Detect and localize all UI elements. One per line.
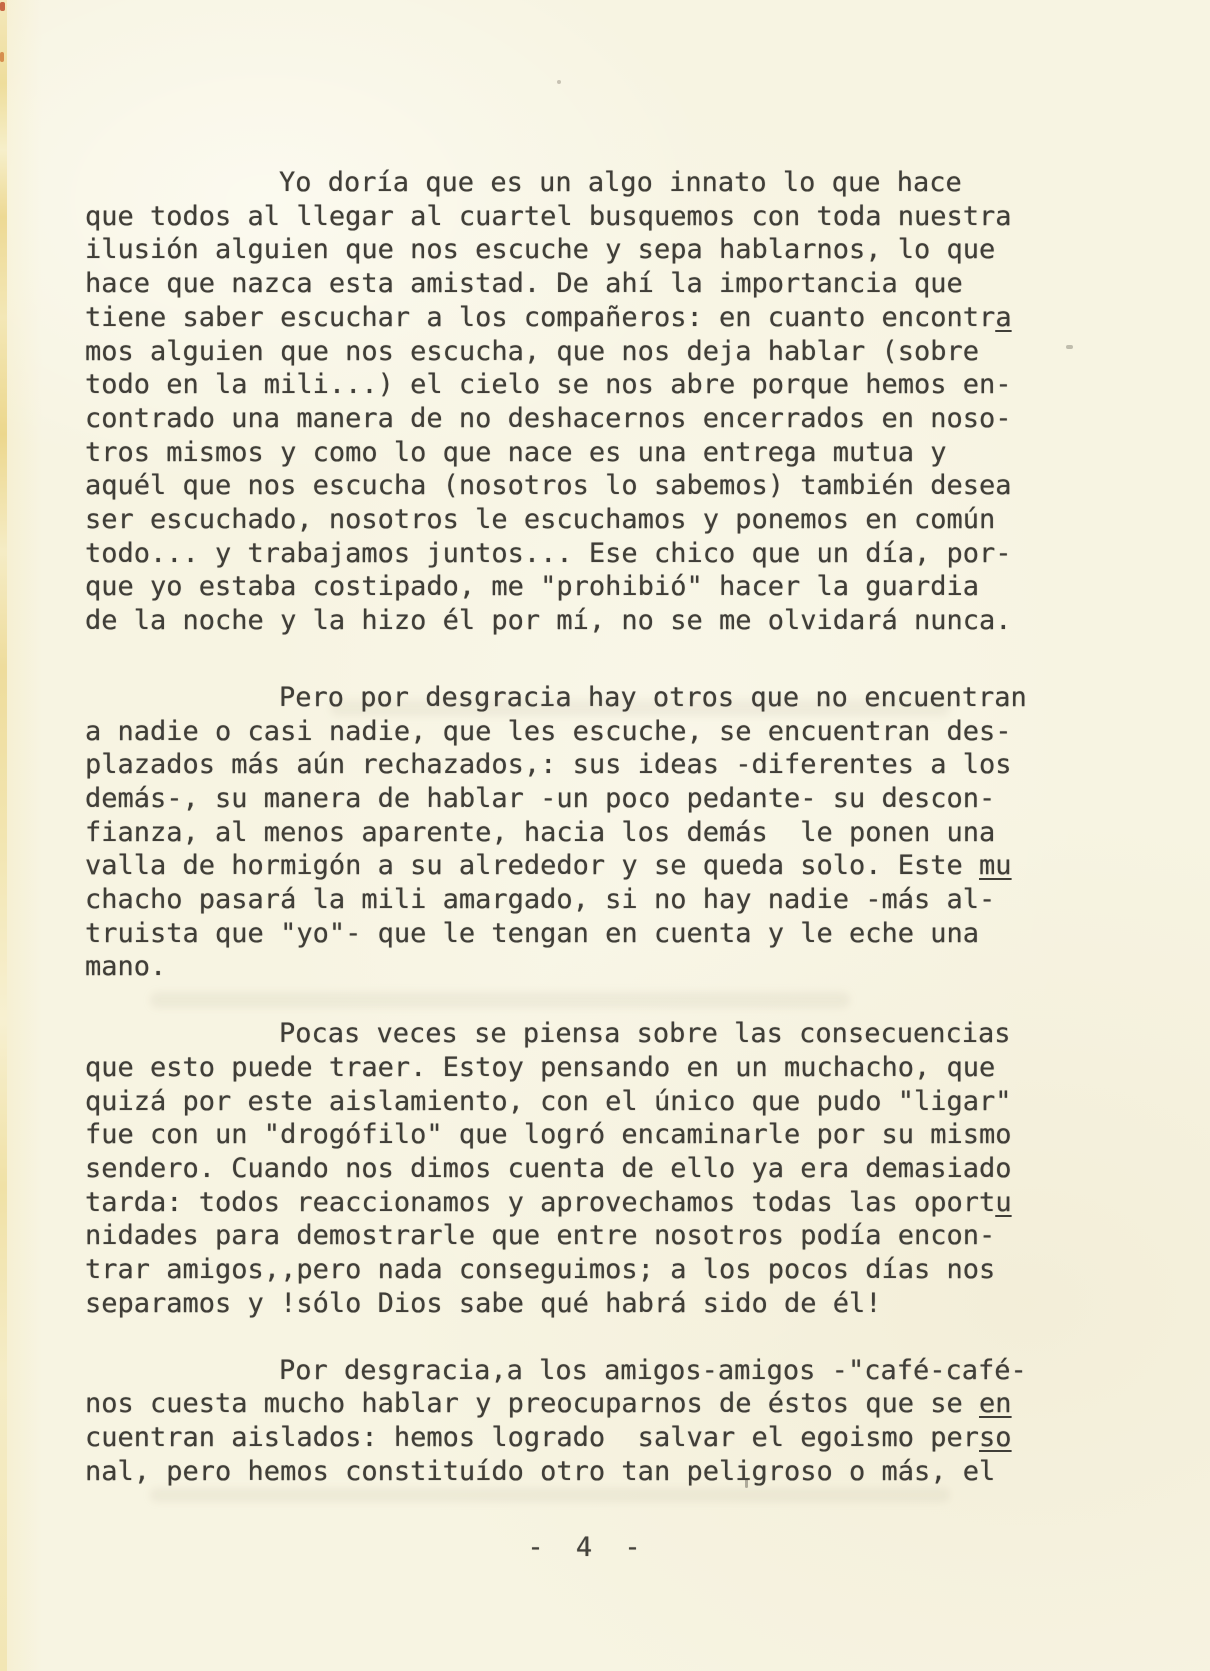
text-line: Pero por desgracia hay otros que no encu… — [85, 681, 1027, 715]
bleedthrough-smudge — [150, 1488, 950, 1502]
edge-mark — [0, 2, 5, 11]
text-line: Pocas veces se piensa sobre las consecue… — [85, 1017, 1027, 1051]
text-line: nal, pero hemos constituído otro tan pel… — [85, 1455, 1027, 1489]
text-line: demás-, su manera de hablar -un poco ped… — [85, 782, 1027, 816]
text-line: separamos y !sólo Dios sabe qué habrá si… — [85, 1287, 1027, 1321]
text-line: plazados más aún rechazados,: sus ideas … — [85, 748, 1027, 782]
document-body: Yo doría que es un algo innato lo que ha… — [85, 166, 1027, 1488]
text-line: tarda: todos reaccionamos y aprovechamos… — [85, 1186, 1027, 1220]
text-line: nos cuesta mucho hablar y preocuparnos d… — [85, 1387, 1027, 1421]
paragraph: Pocas veces se piensa sobre las consecue… — [85, 1017, 1027, 1320]
text-line: contrado una manera de no deshacernos en… — [85, 402, 1027, 436]
underlined-text: mu — [979, 850, 1012, 881]
text-line: todo... y trabajamos juntos... Ese chico… — [85, 537, 1027, 571]
underlined-text: a — [995, 302, 1011, 333]
text-line: todo en la mili...) el cielo se nos abre… — [85, 368, 1027, 402]
text-line: trar amigos,,pero nada conseguimos; a lo… — [85, 1253, 1027, 1287]
text-line: nidades para demostrarle que entre nosot… — [85, 1219, 1027, 1253]
text-line: que yo estaba costipado, me "prohibió" h… — [85, 570, 1027, 604]
underlined-text: so — [979, 1422, 1012, 1453]
paragraph: Por desgracia,a los amigos-amigos -"café… — [85, 1354, 1027, 1489]
text-line: fue con un "drogófilo" que logró encamin… — [85, 1118, 1027, 1152]
paragraph: Pero por desgracia hay otros que no encu… — [85, 681, 1027, 984]
underlined-text: u — [995, 1187, 1011, 1218]
text-line: ilusión alguien que nos escuche y sepa h… — [85, 233, 1027, 267]
text-line: quizá por este aislamiento, con el único… — [85, 1085, 1027, 1119]
text-line: truista que "yo"- que le tengan en cuent… — [85, 917, 1027, 951]
text-line: Yo doría que es un algo innato lo que ha… — [85, 166, 1027, 200]
text-line: aquél que nos escucha (nosotros lo sabem… — [85, 469, 1027, 503]
text-line: de la noche y la hizo él por mí, no se m… — [85, 604, 1027, 638]
underlined-text: en — [979, 1388, 1012, 1419]
document-page: Yo doría que es un algo innato lo que ha… — [0, 0, 1210, 1671]
text-line: cuentran aislados: hemos logrado salvar … — [85, 1421, 1027, 1455]
text-line: valla de hormigón a su alrededor y se qu… — [85, 849, 1027, 883]
text-line: Por desgracia,a los amigos-amigos -"café… — [85, 1354, 1027, 1388]
text-line: hace que nazca esta amistad. De ahí la i… — [85, 267, 1027, 301]
paragraph: Yo doría que es un algo innato lo que ha… — [85, 166, 1027, 638]
text-line: mano. — [85, 950, 1027, 984]
text-line: que esto puede traer. Estoy pensando en … — [85, 1051, 1027, 1085]
ink-speck — [1066, 345, 1073, 349]
text-line: a nadie o casi nadie, que les escuche, s… — [85, 715, 1027, 749]
edge-mark — [0, 52, 4, 62]
page-number: - 4 - — [0, 1531, 1176, 1565]
ink-speck — [557, 80, 561, 84]
text-line: sendero. Cuando nos dimos cuenta de ello… — [85, 1152, 1027, 1186]
binding-edge — [0, 0, 7, 1671]
text-line: tros mismos y como lo que nace es una en… — [85, 436, 1027, 470]
text-line: tiene saber escuchar a los compañeros: e… — [85, 301, 1027, 335]
text-line: ser escuchado, nosotros le escuchamos y … — [85, 503, 1027, 537]
text-line: mos alguien que nos escucha, que nos dej… — [85, 335, 1027, 369]
text-line: que todos al llegar al cuartel busquemos… — [85, 200, 1027, 234]
text-line: fianza, al menos aparente, hacia los dem… — [85, 816, 1027, 850]
text-line: chacho pasará la mili amargado, si no ha… — [85, 883, 1027, 917]
